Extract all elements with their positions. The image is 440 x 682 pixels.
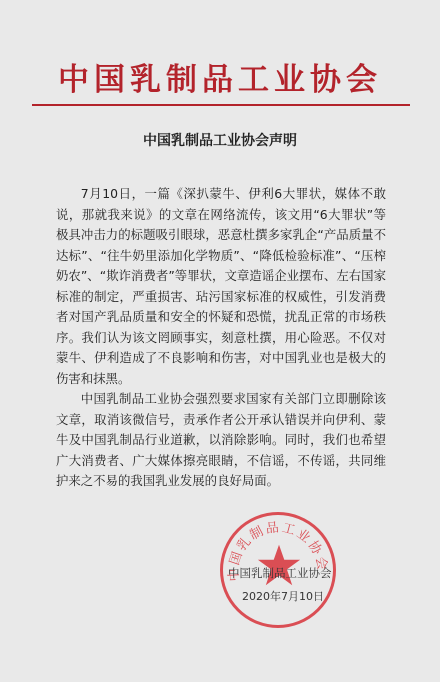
letterhead-title: 中国乳制品工业协会 (0, 60, 440, 100)
signature-date: 2020年7月10日 (242, 588, 324, 604)
signature-organization: 中国乳制品工业协会 (228, 565, 332, 581)
document-body: 7月10日，一篇《深扒蒙牛、伊利6大罪状，媒体不敢说，那就我来说》的文章在网络流… (56, 184, 386, 492)
letterhead-divider (32, 104, 410, 106)
document-title: 中国乳制品工业协会声明 (0, 130, 440, 150)
paragraph-1: 7月10日，一篇《深扒蒙牛、伊利6大罪状，媒体不敢说，那就我来说》的文章在网络流… (56, 184, 386, 389)
paragraph-2: 中国乳制品工业协会强烈要求国家有关部门立即删除该文章，取消该微信号，责承作者公开… (56, 389, 386, 492)
